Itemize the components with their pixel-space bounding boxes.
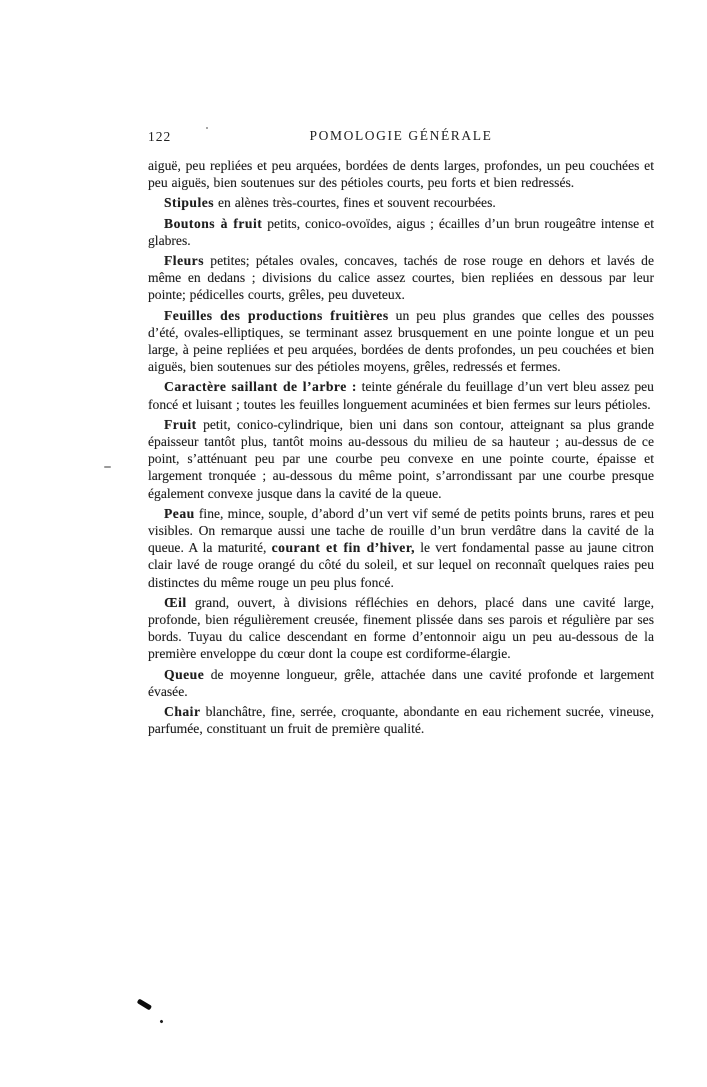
bold-term: Chair: [164, 704, 200, 719]
bold-term: Queue: [164, 667, 204, 682]
paragraph: Chair blanchâtre, fine, serrée, croquant…: [148, 703, 654, 737]
body-text: de moyenne longueur, grêle, attachée dan…: [148, 667, 654, 699]
paragraph: Queue de moyenne longueur, grêle, attach…: [148, 666, 654, 700]
bold-term: Œil: [164, 595, 187, 610]
body-text: en alènes très-courtes, fines et souvent…: [214, 195, 496, 210]
bold-term: Stipules: [164, 195, 214, 210]
body-text: blanchâtre, fine, serrée, croquante, abo…: [148, 704, 654, 736]
ink-speck-header: [206, 127, 208, 129]
ink-smudge: [137, 998, 152, 1010]
paragraph: Peau fine, mince, souple, d’abord d’un v…: [148, 505, 654, 591]
paragraph: Feuilles des productions fruitières un p…: [148, 307, 654, 376]
bold-term: Fleurs: [164, 253, 204, 268]
text-block: aiguë, peu repliées et peu arquées, bord…: [148, 157, 654, 741]
margin-mark: [104, 466, 111, 468]
ink-speck: [159, 1019, 163, 1023]
paragraph: Fruit petit, conico-cylindrique, bien un…: [148, 416, 654, 502]
bold-term: Fruit: [164, 417, 197, 432]
paragraph: aiguë, peu repliées et peu arquées, bord…: [148, 157, 654, 191]
scanned-book-page: 122 POMOLOGIE GÉNÉRALE aiguë, peu replié…: [0, 0, 707, 1087]
paragraph: Stipules en alènes très-courtes, fines e…: [148, 194, 654, 211]
running-header: 122 POMOLOGIE GÉNÉRALE: [148, 128, 654, 146]
bold-term: Boutons à fruit: [164, 216, 262, 231]
paragraph: Boutons à fruit petits, conico-ovoïdes, …: [148, 215, 654, 249]
body-text: petites; pétales ovales, concaves, taché…: [148, 253, 654, 302]
body-text: petit, conico-cylindrique, bien uni dans…: [148, 417, 654, 501]
bold-term: Caractère saillant de l’arbre :: [164, 379, 357, 394]
bold-term: courant et fin d’hiver,: [272, 540, 415, 555]
paragraph: Fleurs petites; pétales ovales, concaves…: [148, 252, 654, 304]
body-text: grand, ouvert, à divisions réfléchies en…: [148, 595, 654, 662]
paragraph: Caractère saillant de l’arbre : teinte g…: [148, 378, 654, 412]
running-title: POMOLOGIE GÉNÉRALE: [148, 128, 654, 144]
bold-term: Peau: [164, 506, 195, 521]
paragraph: Œil grand, ouvert, à divisions réfléchie…: [148, 594, 654, 663]
bold-term: Feuilles des productions fruitières: [164, 308, 389, 323]
body-text: aiguë, peu repliées et peu arquées, bord…: [148, 158, 654, 190]
